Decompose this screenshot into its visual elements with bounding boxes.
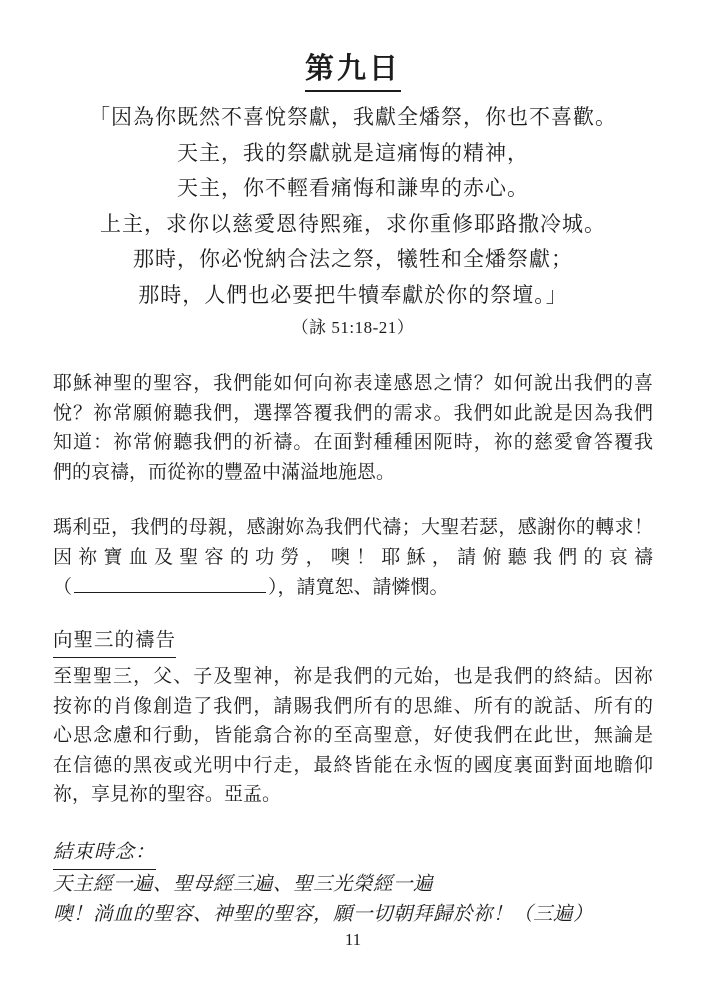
paragraph-line: 在信德的黑夜或光明中行走，最終皆能在永恆的國度裏面對面地瞻仰 [53, 751, 653, 781]
psalm-quote-block: 「因為你既然不喜悅祭獻，我獻全燔祭，你也不喜歡。 天主，我的祭獻就是這痛悔的精神… [53, 100, 653, 343]
paragraph-thanksgiving: 耶穌神聖的聖容，我們能如何向祢表達感恩之情？如何說出我們的喜 悅？祢常願俯聽我們… [53, 369, 653, 487]
page-title-text: 第九日 [305, 50, 401, 92]
closing-line: 天主經一遍、聖母經三遍、聖三光榮經一遍 [53, 870, 653, 900]
quote-line: 上主，求你以慈愛恩待熙雍，求你重修耶路撒冷城。 [53, 207, 653, 243]
paragraph-line-with-blank: （），請寬恕、請憐憫。 [53, 572, 653, 602]
page-title: 第九日 [53, 50, 653, 92]
page-number: 11 [0, 930, 706, 950]
closing-line: 噢！淌血的聖容、神聖的聖容，願一切朝拜歸於祢！（三遍） [53, 900, 653, 930]
quote-line: 天主，我的祭獻就是這痛悔的精神， [53, 136, 653, 172]
paragraph-line: 瑪利亞，我們的母親，感謝妳為我們代禱；大聖若瑟，感謝你的轉求！ [53, 513, 653, 543]
fill-in-blank-line [74, 572, 266, 593]
quote-line: 「因為你既然不喜悅祭獻，我獻全燔祭，你也不喜歡。 [53, 100, 653, 136]
paragraph-line: 們的哀禱，而從祢的豐盈中滿溢地施恩。 [53, 458, 653, 488]
paragraph-line: 因祢寶血及聖容的功勞，噢！耶穌，請俯聽我們的哀禱 [53, 543, 653, 573]
paragraph-line: 心思念慮和行動，皆能翕合祢的至高聖意，好使我們在此世，無論是 [53, 721, 653, 751]
paragraph-line: 祢，享見祢的聖容。亞孟。 [53, 780, 653, 810]
paragraph-line: 至聖聖三，父、子及聖神，祢是我們的元始，也是我們的終結。因祢 [53, 662, 653, 692]
section-heading-text: 向聖三的禱告 [53, 626, 176, 658]
closing-heading: 結束時念： [53, 838, 653, 870]
paragraph-line: 知道：祢常俯聽我們的祈禱。在面對種種困阨時，祢的慈愛會答覆我 [53, 428, 653, 458]
blank-close-text: ），請寬恕、請憐憫。 [268, 577, 449, 598]
paragraph-line: 悅？祢常願俯聽我們，選擇答覆我們的需求。我們如此說是因為我們 [53, 399, 653, 429]
psalm-citation: （詠 51:18-21） [53, 313, 653, 343]
quote-line: 那時，你必悅納合法之祭，犧牲和全燔祭獻； [53, 242, 653, 278]
blank-open-paren: （ [53, 577, 72, 598]
closing-prayers-section: 結束時念： 天主經一遍、聖母經三遍、聖三光榮經一遍 噢！淌血的聖容、神聖的聖容，… [53, 838, 653, 930]
paragraph-intercession: 瑪利亞，我們的母親，感謝妳為我們代禱；大聖若瑟，感謝你的轉求！ 因祢寶血及聖容的… [53, 513, 653, 602]
quote-line: 那時，人們也必要把牛犢奉獻於你的祭壇。」 [53, 278, 653, 314]
paragraph-line: 按祢的肖像創造了我們，請賜我們所有的思維、所有的說話、所有的 [53, 692, 653, 722]
section-heading-trinity-prayer: 向聖三的禱告 [53, 626, 653, 658]
paragraph-trinity-prayer: 至聖聖三，父、子及聖神，祢是我們的元始，也是我們的終結。因祢 按祢的肖像創造了我… [53, 662, 653, 810]
paragraph-line: 耶穌神聖的聖容，我們能如何向祢表達感恩之情？如何說出我們的喜 [53, 369, 653, 399]
document-page: 第九日 「因為你既然不喜悅祭獻，我獻全燔祭，你也不喜歡。 天主，我的祭獻就是這痛… [0, 0, 706, 1000]
quote-line: 天主，你不輕看痛悔和謙卑的赤心。 [53, 171, 653, 207]
closing-heading-text: 結束時念： [53, 838, 156, 870]
